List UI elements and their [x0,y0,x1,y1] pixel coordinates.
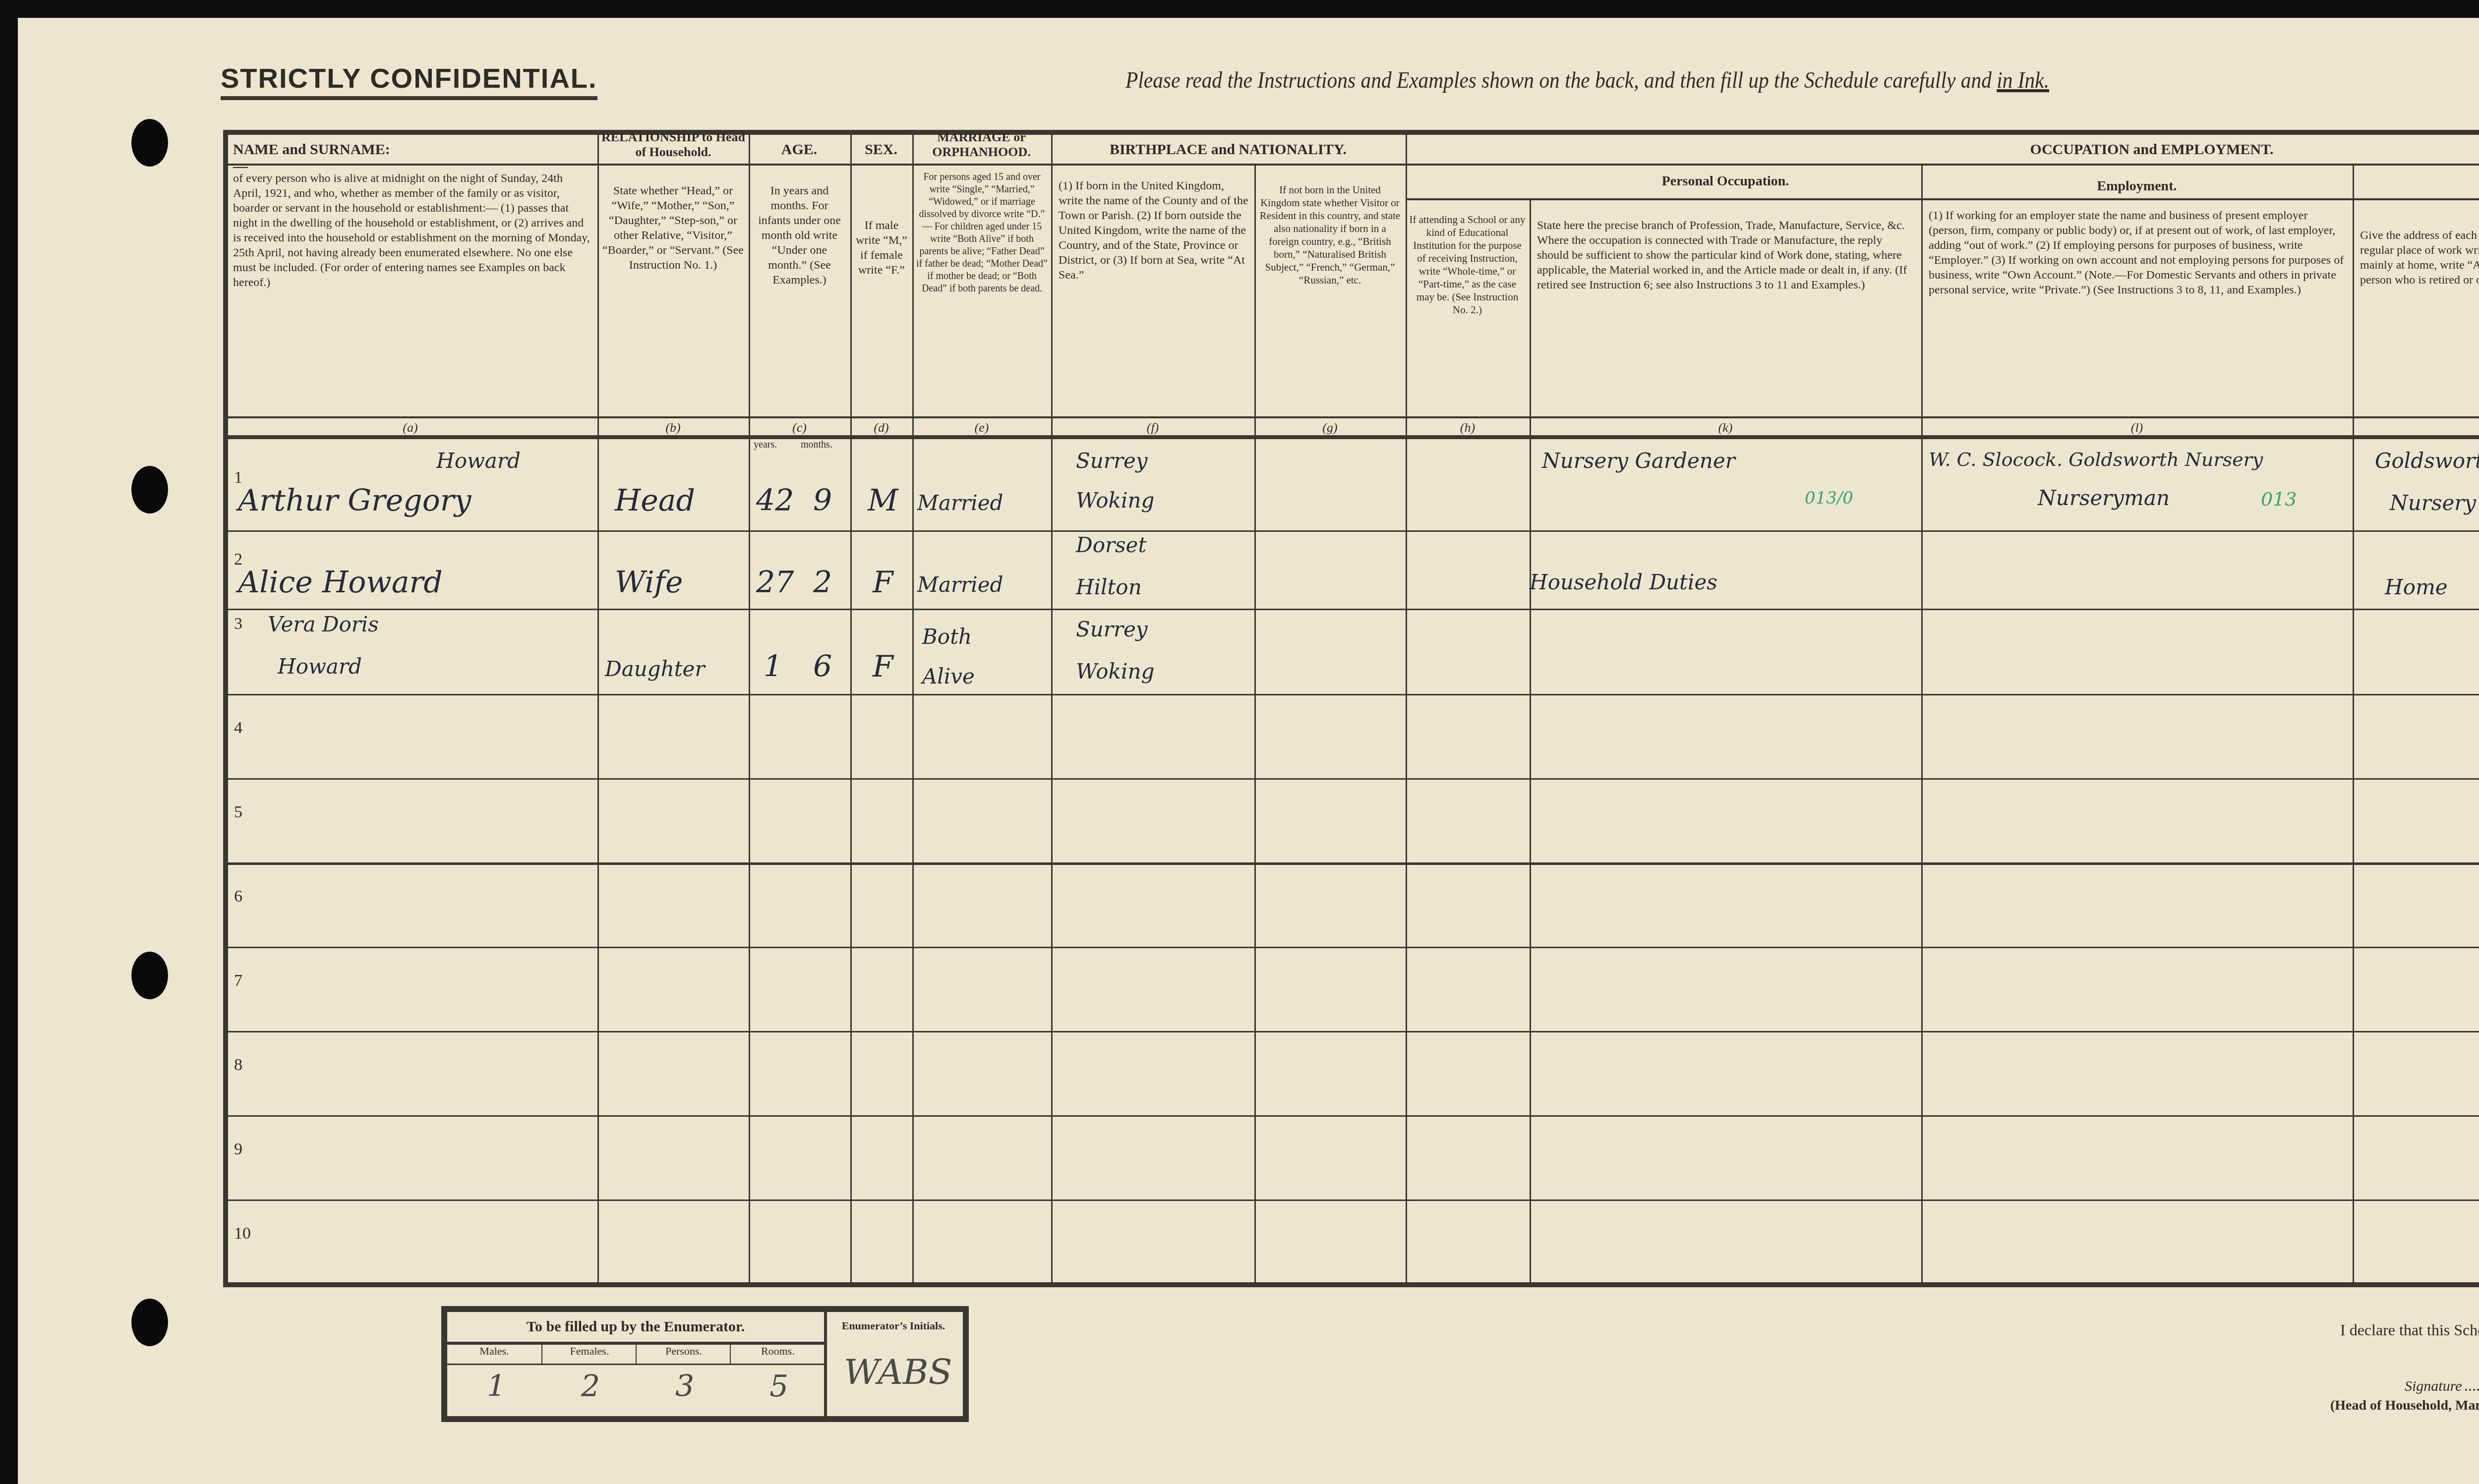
column-letter: (h) [1406,420,1530,435]
row-divider [223,778,2479,780]
age-years-entry[interactable]: 1 [764,649,782,684]
column-divider [1254,164,1256,1287]
age-years-entry[interactable]: 27 [756,565,794,600]
column-divider [1530,198,1531,1287]
age-months-subhead: months. [801,439,832,451]
relationship-entry[interactable]: Wife [615,565,683,600]
column-letter: (g) [1254,420,1406,435]
column-divider [749,130,750,1287]
strictly-confidential-heading: STRICTLY CONFIDENTIAL. [221,62,597,100]
row-number: 8 [234,1056,242,1075]
column-header-age: AGE. [750,141,849,158]
column-header-place-of-work: Place of Work. [2355,183,2479,199]
column-instructions-age: In years and months. For infants under o… [754,183,845,287]
punch-hole [131,952,168,999]
column-instructions-birthplace: (1) If born in the United Kingdom, write… [1059,178,1249,283]
column-instructions-place-of-work: Give the address of each person’s place … [2360,228,2479,287]
column-divider [2353,164,2354,1287]
row-divider [223,530,2479,532]
header-divider [223,435,2479,439]
occupation-entry[interactable]: Household Duties [1530,570,1717,594]
row-number: 7 [234,971,242,990]
birthplace-town-entry[interactable]: Woking [1076,488,1154,513]
row-divider [223,1031,2479,1032]
column-letter: (c) [749,420,850,435]
column-divider [850,130,852,1287]
marriage-entry[interactable]: Married [917,572,1003,597]
signature-dotted-line [2465,1389,2479,1391]
column-instructions-name: of every person who is alive at midnight… [233,171,590,290]
place-of-work-entry[interactable]: Nursery [2390,491,2476,515]
row-number: 10 [234,1224,251,1243]
row-divider [223,1199,2479,1201]
row-divider [223,947,2479,948]
birthplace-town-entry[interactable]: Woking [1076,659,1154,684]
relationship-entry[interactable]: Daughter [605,657,705,681]
surname-entry[interactable]: Howard [278,654,362,679]
row-number: 4 [234,719,242,738]
birthplace-town-entry[interactable]: Hilton [1076,575,1142,599]
males-count[interactable]: 1 [487,1369,506,1404]
column-letter: (a) [223,420,597,435]
column-letter: (e) [912,420,1051,435]
column-letter: (l) [1921,420,2353,435]
column-header-relationship: RELATIONSHIP to Head of Household. [599,130,748,160]
punch-hole [131,466,168,514]
persons-label: Persons. [636,1345,731,1365]
header-divider [223,416,2479,418]
column-instructions-education: If attending a School or any kind of Edu… [1409,213,1526,316]
surname-entry[interactable]: Howard [436,449,521,473]
column-instructions-sex: If male write “M,” if female write “F.” [854,218,909,278]
household-schedule-table [223,130,2479,1287]
column-header-birthplace: BIRTHPLACE and NATIONALITY. [1052,141,1404,158]
males-label: Males. [447,1345,541,1365]
enumerator-totals-title: To be filled up by the Enumerator. [447,1312,824,1345]
column-header-personal-occupation: Personal Occupation. [1532,173,1919,189]
row-number: 9 [234,1140,242,1159]
row-number: 5 [234,803,242,822]
column-header-marriage: MARRIAGE or ORPHANHOOD. [913,130,1050,160]
sex-entry[interactable]: F [873,649,893,684]
column-instructions-nationality: If not born in the United Kingdom state … [1259,183,1401,286]
column-header-employment: Employment. [1924,178,2350,194]
row-divider [223,609,2479,610]
marriage-entry[interactable]: Both Alive [922,617,1011,696]
row-divider [223,694,2479,695]
in-ink-text: in Ink. [1997,67,2049,93]
persons-count[interactable]: 3 [675,1369,694,1404]
age-months-entry[interactable]: 9 [813,483,832,518]
column-divider [1921,164,1923,1287]
column-instructions-employment: (1) If working for an employer state the… [1929,208,2345,297]
place-of-work-entry[interactable]: Goldsworth Old [2375,449,2479,473]
birthplace-county-entry[interactable]: Dorset [1076,533,1146,557]
column-letter: (f) [1051,420,1254,435]
column-header-sex: SEX. [851,141,911,158]
group-header-occupation: OCCUPATION and EMPLOYMENT. [1408,141,2479,158]
age-months-entry[interactable]: 6 [813,649,832,684]
females-count[interactable]: 2 [581,1369,600,1404]
instruction-line: Please read the Instructions and Example… [1125,67,2049,93]
row-number: 6 [234,887,242,906]
relationship-entry[interactable]: Head [615,483,695,518]
column-letter: (d) [850,420,912,435]
birthplace-county-entry[interactable]: Surrey [1076,449,1148,473]
column-divider [597,130,599,1287]
signature-line: Signature [2405,1378,2479,1395]
punch-hole [131,1299,168,1346]
sex-entry[interactable]: F [873,565,893,600]
column-divider [1051,130,1053,1287]
age-months-entry[interactable]: 2 [813,565,832,600]
sex-entry[interactable]: M [868,483,898,518]
row-number: 3 [234,615,242,633]
rooms-count[interactable]: 5 [769,1369,788,1404]
column-letter: (m) [2353,420,2479,435]
name-entry[interactable]: Arthur Gregory [238,483,471,518]
place-of-work-entry[interactable]: Home [2385,575,2448,599]
name-entry[interactable]: Alice Howard [238,565,443,600]
marriage-entry[interactable]: Married [917,491,1003,515]
age-years-subhead: years. [754,439,777,451]
birthplace-county-entry[interactable]: Surrey [1076,617,1148,641]
occupation-code: 013/0 [1805,488,1853,508]
column-instructions-occupation: State here the precise branch of Profess… [1537,218,1914,292]
occupation-entry[interactable]: Nursery Gardener [1542,449,1735,473]
enumerator-initials-label: Enumerator’s Initials. [829,1319,958,1332]
declaration-text: I declare that this Schedule is correctl… [2340,1321,2479,1339]
females-label: Females. [541,1345,637,1365]
enumerator-initials-value[interactable]: WABS [844,1352,952,1392]
row-divider [223,862,2479,865]
signature-caption: (Head of Household, Manager of Establish… [2330,1398,2479,1414]
employment-entry[interactable]: Nurseryman [2038,486,2170,510]
row-divider [223,1115,2479,1117]
instruction-text: Please read the Instructions and Example… [1125,67,1997,93]
signature-label: Signature [2405,1378,2462,1394]
column-divider [912,130,914,1287]
employment-code: 013 [2261,488,2297,510]
age-years-entry[interactable]: 42 [756,483,794,518]
column-instructions-marriage: For persons aged 15 and over write “Sing… [916,171,1048,295]
employer-entry[interactable]: W. C. Slocock. Goldsworth Nursery [1929,449,2263,470]
rooms-label: Rooms. [730,1345,825,1365]
column-letter: (b) [597,420,749,435]
column-letter: (k) [1530,420,1921,435]
name-entry[interactable]: Vera Doris [268,612,379,636]
punch-hole [131,119,168,167]
column-header-name: NAME and SURNAME:— [233,141,397,175]
header-divider [1406,198,2479,200]
header-divider [223,164,2479,166]
enumerator-totals-box: To be filled up by the Enumerator. Enume… [441,1306,969,1422]
column-divider [1406,130,1407,1287]
column-instructions-relationship: State whether “Head,” or “Wife,” “Mother… [602,183,744,273]
